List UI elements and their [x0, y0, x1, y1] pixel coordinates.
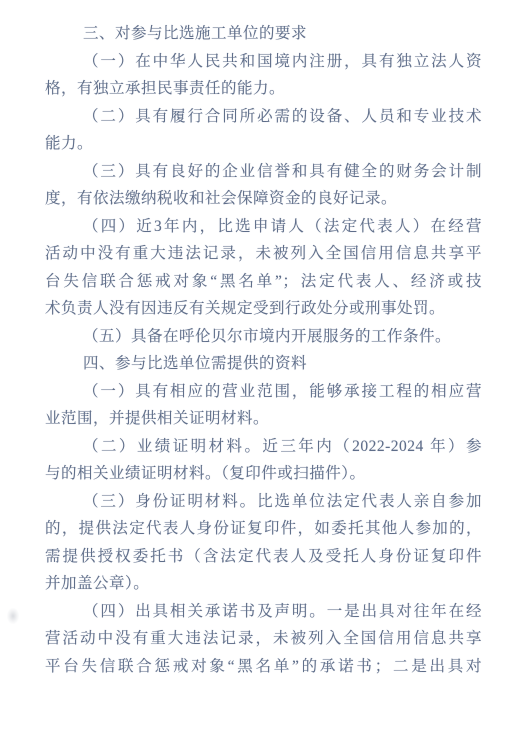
text-line: 四、参与比选单位需提供的资料: [45, 350, 482, 378]
text-line: 业范围，并提供相关证明材料。: [45, 405, 482, 433]
text-line: 并加盖公章）。: [45, 570, 482, 598]
text-line: （五）具备在呼伦贝尔市境内开展服务的工作条件。: [45, 323, 482, 351]
text-line: 平台失信联合惩戒对象“黑名单”的承诺书；二是出具对: [45, 653, 482, 681]
text-line: （四）近3年内，比选申请人（法定代表人）在经营: [45, 213, 482, 241]
text-line: 术负责人没有因违反有关规定受到行政处分或刑事处罚。: [45, 295, 482, 323]
document-body: 三、对参与比选施工单位的要求 （一）在中华人民共和国境内注册，具有独立法人资 格…: [45, 20, 482, 680]
scan-artifact: [7, 608, 19, 624]
text-line: 营活动中没有重大违法记录，未被列入全国信用信息共享: [45, 625, 482, 653]
text-line: 台失信联合惩戒对象“黑名单”；法定代表人、经济或技: [45, 268, 482, 296]
text-line: 三、对参与比选施工单位的要求: [45, 20, 482, 48]
text-line: 格，有独立承担民事责任的能力。: [45, 75, 482, 103]
text-line: （一）在中华人民共和国境内注册，具有独立法人资: [45, 48, 482, 76]
text-line: （四）出具相关承诺书及声明。一是出具对往年在经: [45, 598, 482, 626]
text-line: （三）身份证明材料。比选单位法定代表人亲自参加: [45, 488, 482, 516]
text-line: 活动中没有重大违法记录，未被列入全国信用信息共享平: [45, 240, 482, 268]
text-line: （三）具有良好的企业信誉和具有健全的财务会计制: [45, 158, 482, 186]
text-line: （二）具有履行合同所必需的设备、人员和专业技术: [45, 103, 482, 131]
text-line: （一）具有相应的营业范围，能够承接工程的相应营: [45, 378, 482, 406]
text-line: 与的相关业绩证明材料。（复印件或扫描件）。: [45, 460, 482, 488]
text-line: （二）业绩证明材料。近三年内（2022-2024 年）参: [45, 433, 482, 461]
text-line: 的，提供法定代表人身份证复印件，如委托其他人参加的，: [45, 515, 482, 543]
scanned-page: 三、对参与比选施工单位的要求 （一）在中华人民共和国境内注册，具有独立法人资 格…: [0, 0, 525, 735]
text-line: 度，有依法缴纳税收和社会保障资金的良好记录。: [45, 185, 482, 213]
text-line: 需提供授权委托书（含法定代表人及受托人身份证复印件: [45, 543, 482, 571]
text-line: 能力。: [45, 130, 482, 158]
